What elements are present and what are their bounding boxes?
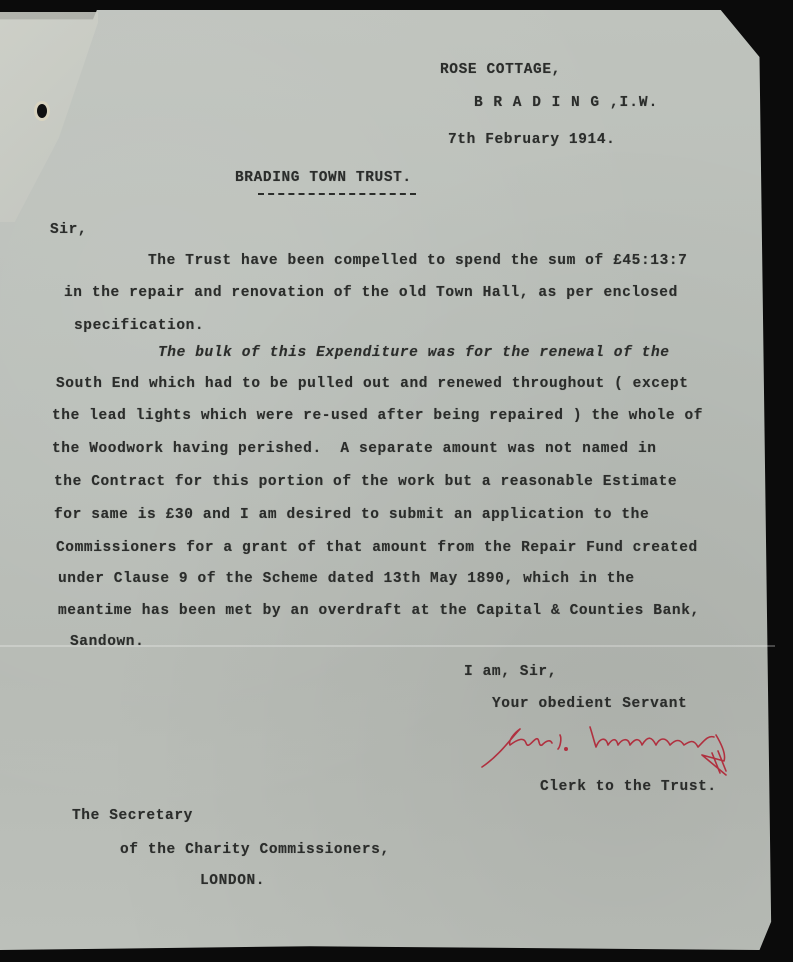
recipient-line-3: LONDON.: [200, 873, 265, 889]
body-line-8: the Contract for this portion of the wor…: [54, 474, 677, 490]
recipient-line-1: The Secretary: [72, 808, 193, 824]
closing-line-2: Your obedient Servant: [492, 696, 687, 712]
body-line-3: specification.: [74, 318, 204, 334]
closing-line-1: I am, Sir,: [464, 664, 557, 680]
body-line-11: under Clause 9 of the Scheme dated 13th …: [58, 571, 635, 587]
address-line-1: ROSE COTTAGE,: [440, 62, 561, 78]
recipient-line-2: of the Charity Commissioners,: [120, 842, 390, 858]
salutation: Sir,: [50, 222, 87, 238]
body-line-13: Sandown.: [70, 634, 144, 650]
letter-date: 7th February 1914.: [448, 132, 615, 148]
address-line-2: B R A D I N G ,I.W.: [474, 95, 658, 111]
letter-heading: BRADING TOWN TRUST.: [235, 170, 412, 186]
body-line-10: Commissioners for a grant of that amount…: [56, 540, 698, 556]
body-line-9: for same is £30 and I am desired to subm…: [54, 507, 649, 523]
body-line-2: in the repair and renovation of the old …: [64, 285, 678, 301]
body-line-12: meantime has been met by an overdraft at…: [58, 603, 700, 619]
body-line-7: the Woodwork having perished. A separate…: [52, 441, 657, 457]
body-line-4: The bulk of this Expenditure was for the…: [158, 345, 670, 361]
body-line-1: The Trust have been compelled to spend t…: [148, 253, 687, 269]
handwritten-signature: John S. Mackintosh: [480, 715, 745, 780]
body-line-5: South End which had to be pulled out and…: [56, 376, 689, 392]
punch-hole: [37, 104, 47, 118]
heading-underline: [258, 193, 416, 195]
signatory-title: Clerk to the Trust.: [540, 779, 717, 795]
body-line-6: the lead lights which were re-used after…: [52, 408, 703, 424]
